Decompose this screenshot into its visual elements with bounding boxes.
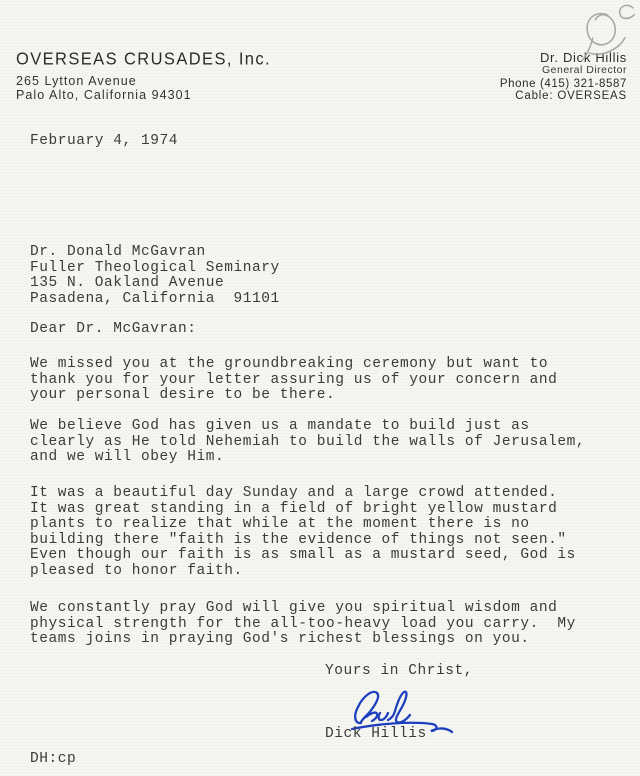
- paragraph-3: It was a beautiful day Sunday and a larg…: [30, 486, 576, 580]
- salutation: Dear Dr. McGavran:: [30, 322, 197, 338]
- letterhead-company-block: OVERSEAS CRUSADES, Inc. 265 Lytton Avenu…: [16, 50, 271, 102]
- paragraph-4: We constantly pray God will give you spi…: [30, 601, 576, 648]
- company-address-line1: 265 Lytton Avenue: [16, 74, 271, 88]
- letter-date: February 4, 1974: [30, 134, 178, 150]
- officer-cable: Cable: OVERSEAS: [500, 90, 627, 103]
- typist-reference: DH:cp: [30, 752, 76, 768]
- paragraph-1: We missed you at the groundbreaking cere…: [30, 357, 557, 404]
- company-name: OVERSEAS CRUSADES, Inc.: [16, 50, 271, 70]
- handwritten-oc-mark-icon: [572, 0, 640, 69]
- company-address-line2: Palo Alto, California 94301: [16, 88, 271, 102]
- paragraph-2: We believe God has given us a mandate to…: [30, 419, 585, 466]
- signer-typed-name: Dick Hillis: [325, 727, 427, 743]
- closing-line: Yours in Christ,: [325, 664, 473, 680]
- officer-phone: Phone (415) 321-8587: [500, 78, 627, 91]
- scanned-letter-page: OVERSEAS CRUSADES, Inc. 265 Lytton Avenu…: [0, 0, 640, 776]
- officer-title: General Director: [500, 65, 627, 77]
- recipient-address-block: Dr. Donald McGavran Fuller Theological S…: [30, 245, 280, 307]
